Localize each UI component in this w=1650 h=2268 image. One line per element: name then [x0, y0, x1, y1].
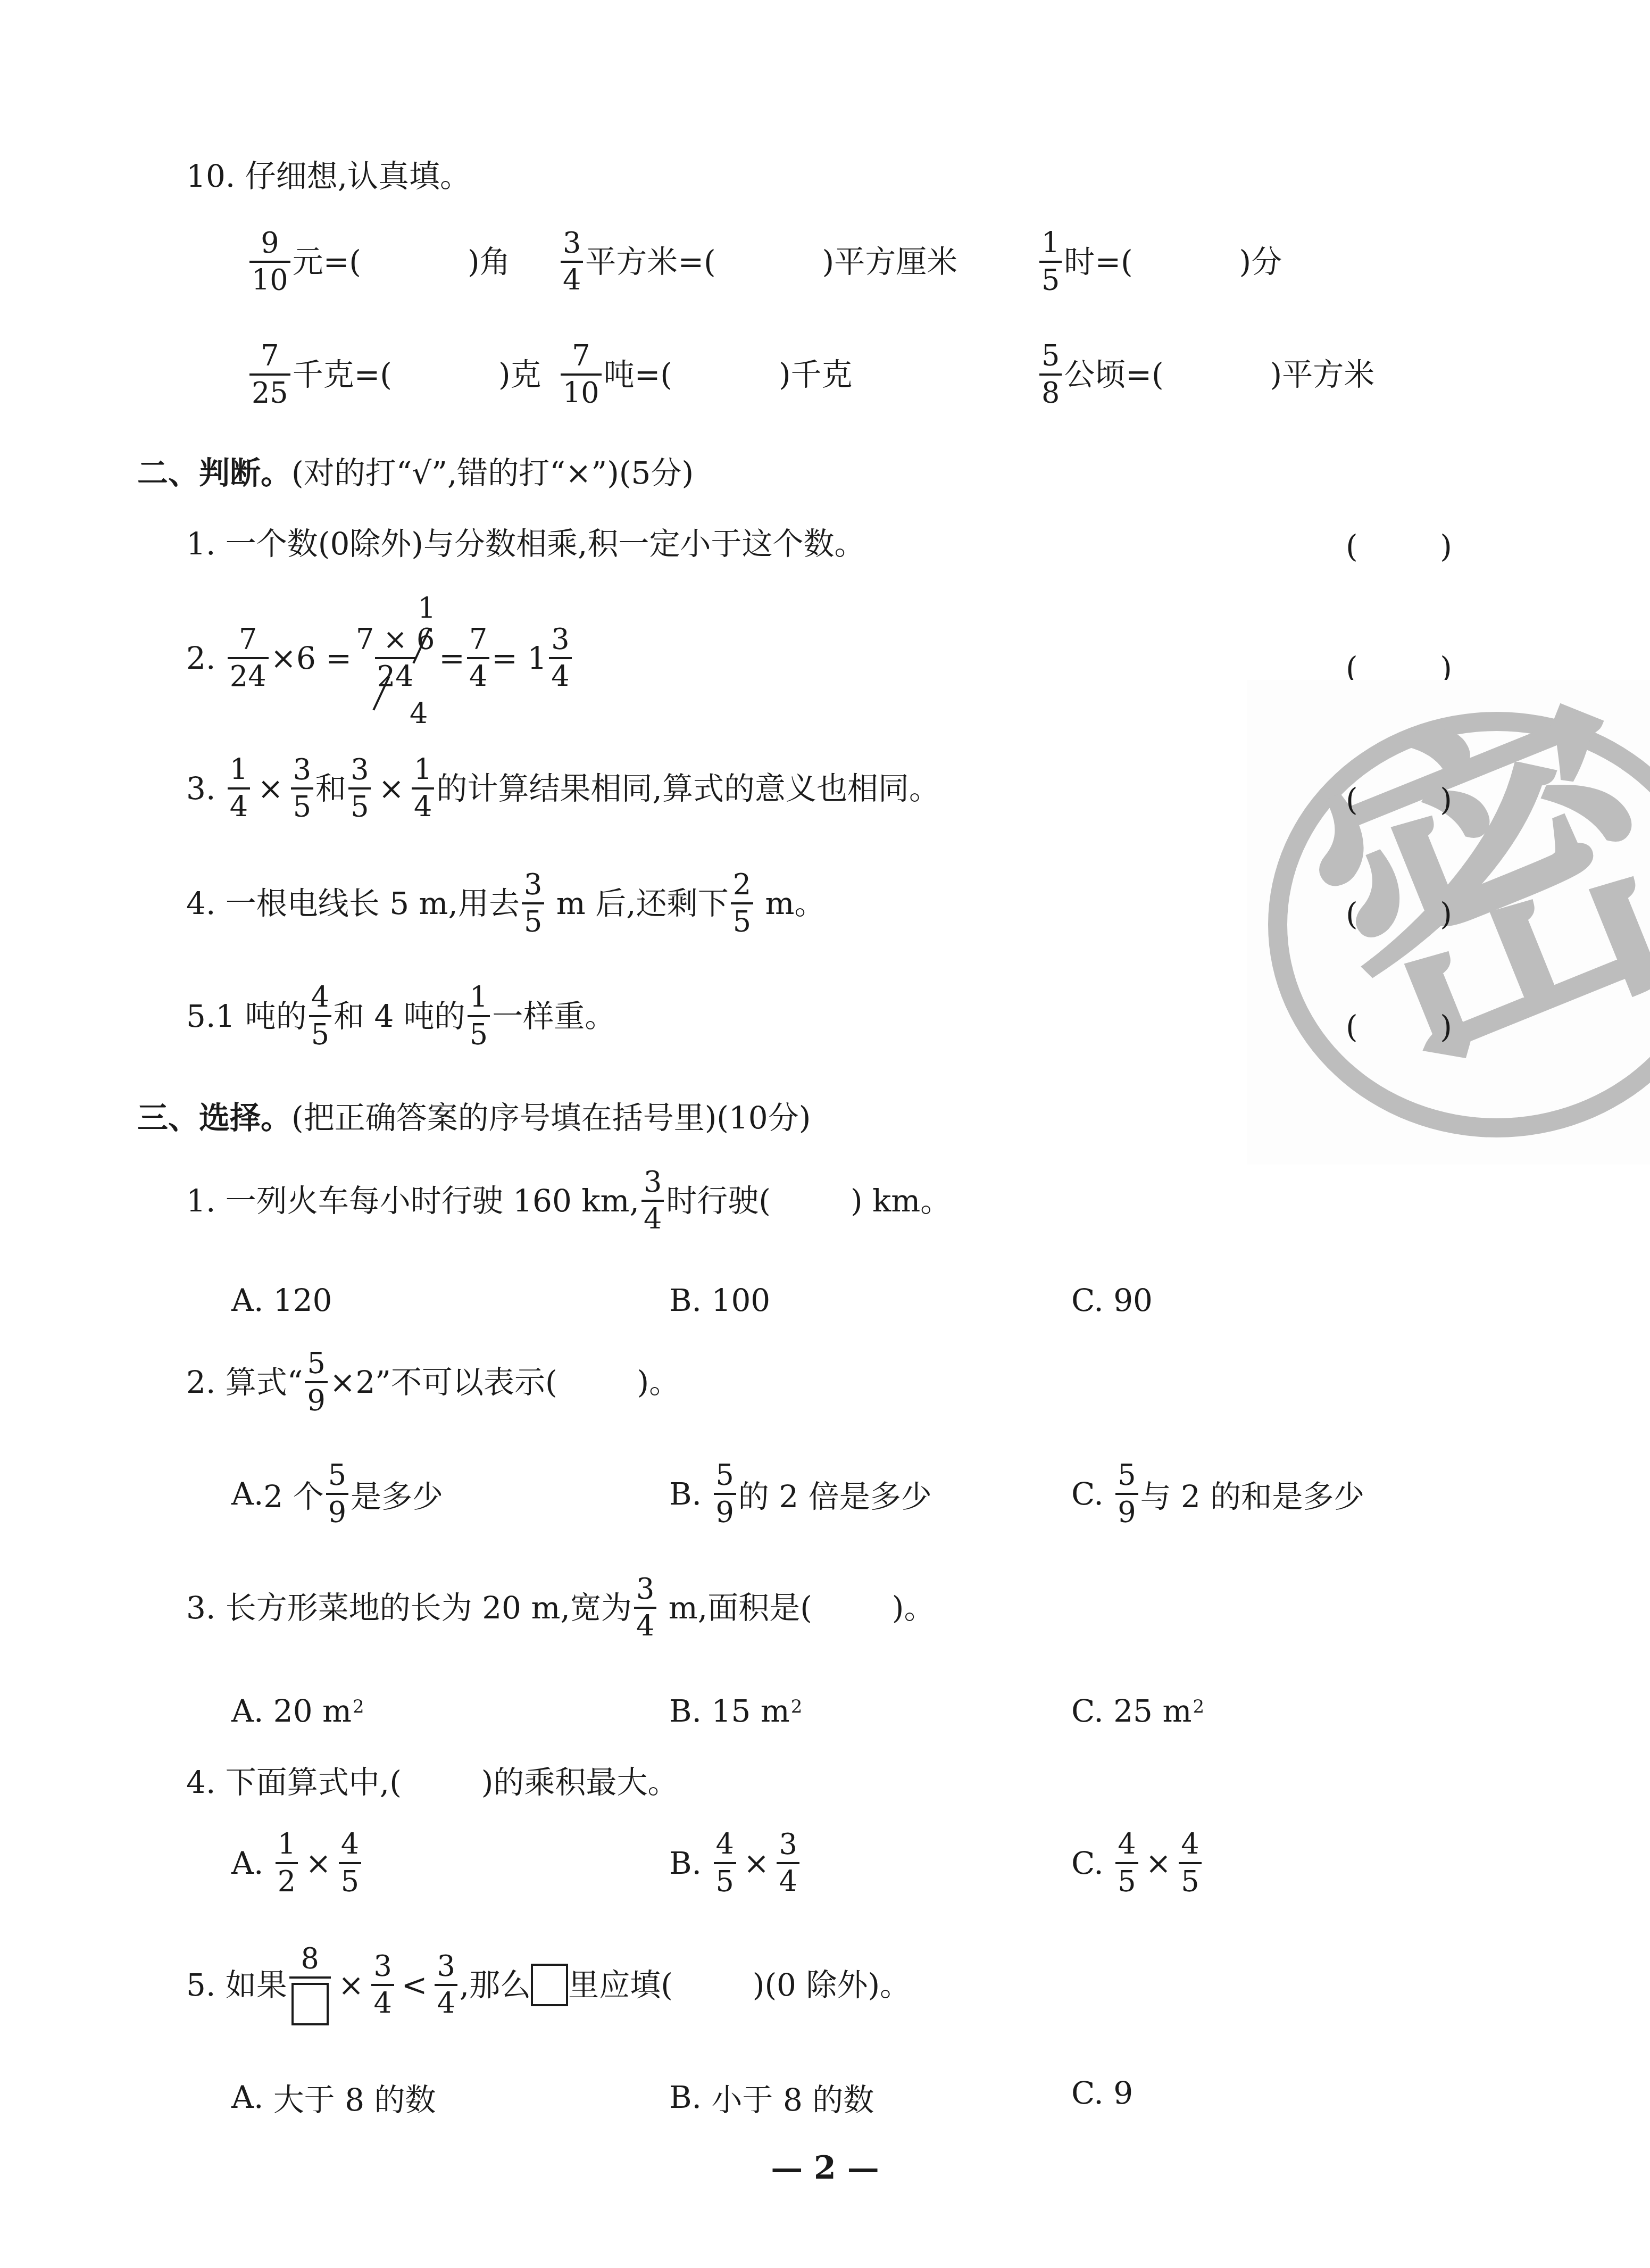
judge-answer-3[interactable]: ()	[1346, 782, 1452, 818]
fraction: 59	[326, 1461, 348, 1527]
fraction: 35	[348, 755, 371, 821]
judge-item-3: 3. 14 × 35 和 35 × 14 的计算结果相同,算式的意义也相同。	[186, 755, 940, 821]
choice-item-2: 2. 算式“ 59 ×2”不可以表示()。	[186, 1349, 680, 1415]
q10-row1-item3: 15 时=( )分	[1037, 229, 1282, 295]
choice-4-option-c[interactable]: C. 45 × 45	[1071, 1830, 1204, 1896]
judge-item-2: 2. 724 ×6 = 7 × 624 = 74 = 1 34	[186, 625, 574, 691]
choice-3-option-a[interactable]: A. 20 m2	[231, 1693, 364, 1729]
choice-item-3: 3. 长方形菜地的长为 20 m,宽为 34 m,面积是()。	[186, 1575, 935, 1641]
judge-answer-5[interactable]: ()	[1346, 1009, 1452, 1045]
fraction: 34	[371, 1952, 394, 2018]
judge-item-4: 4. 一根电线长 5 m,用去 35 m 后,还剩下 25 m。	[186, 870, 825, 936]
q10-title-text: 10. 仔细想,认真填。	[186, 161, 471, 192]
fraction: 45	[714, 1830, 736, 1896]
section-title: 三、选择。	[137, 1102, 291, 1133]
fraction: 25	[731, 870, 753, 936]
page-number: — 2 —	[0, 2149, 1650, 2187]
fraction: 15	[1039, 229, 1062, 295]
fraction: 724	[228, 625, 269, 691]
fraction: 910	[249, 229, 290, 295]
judge-item-5: 5.1 吨的 45 和 4 吨的 15 一样重。	[186, 983, 615, 1049]
fraction: 14	[412, 755, 434, 821]
choice-item-4: 4. 下面算式中,()的乘积最大。	[186, 1767, 679, 1798]
fraction: 35	[291, 755, 313, 821]
fraction: 14	[228, 755, 250, 821]
choice-4-option-b[interactable]: B. 45 × 34	[669, 1830, 802, 1896]
section-title: 二、判断。	[137, 458, 291, 488]
blank-box-icon	[531, 1964, 568, 2006]
judge-item-1: 1. 一个数(0除外)与分数相乘,积一定小于这个数。	[186, 528, 865, 559]
fraction: 45	[1179, 1830, 1201, 1896]
fraction: 34	[777, 1830, 799, 1896]
q10-row1-item2: 34 平方米=( )平方厘米	[559, 229, 957, 295]
choice-5-option-b[interactable]: B. 小于 8 的数	[669, 2075, 874, 2120]
q10-row2-item2: 710 吨=( )千克	[559, 342, 853, 408]
cancel-bottom-number: 4	[410, 697, 428, 730]
fraction: 45	[309, 983, 331, 1049]
judge-answer-1[interactable]: ()	[1346, 528, 1452, 564]
choice-3-option-b[interactable]: B. 15 m2	[669, 1693, 802, 1729]
q10-row2-item1: 725 千克=( )克	[247, 342, 541, 408]
section-note: (对的打“√”,错的打“×”)(5分)	[291, 458, 694, 488]
section-judge-header: 二、判断。(对的打“√”,错的打“×”)(5分)	[137, 458, 694, 488]
cancel-top-number: 1	[418, 592, 436, 625]
fraction: 59	[714, 1461, 736, 1527]
choice-2-option-c[interactable]: C. 59 与 2 的和是多少	[1071, 1461, 1364, 1527]
choice-5-option-a[interactable]: A. 大于 8 的数	[231, 2075, 436, 2120]
choice-2-option-b[interactable]: B. 59 的 2 倍是多少	[669, 1461, 932, 1527]
fraction: 74	[467, 625, 489, 691]
choice-1-option-c[interactable]: C. 90	[1071, 1282, 1153, 1318]
fraction: 35	[522, 870, 544, 936]
fraction: 710	[561, 342, 602, 408]
blank-box-icon	[291, 1983, 329, 2025]
fraction: 725	[249, 342, 290, 408]
fraction: 12	[276, 1830, 298, 1896]
section-note: (把正确答案的序号填在括号里)(10分)	[291, 1102, 811, 1133]
fraction-cancelled: 7 × 624	[354, 625, 437, 691]
section-choice-header: 三、选择。(把正确答案的序号填在括号里)(10分)	[137, 1102, 811, 1133]
choice-4-option-a[interactable]: A. 12 × 45	[231, 1830, 363, 1896]
choice-3-option-c[interactable]: C. 25 m2	[1071, 1693, 1204, 1729]
choice-1-option-b[interactable]: B. 100	[669, 1282, 770, 1318]
fraction: 34	[549, 625, 571, 691]
choice-5-option-c[interactable]: C. 9	[1071, 2075, 1133, 2111]
fraction: 58	[1039, 342, 1062, 408]
fraction: 34	[561, 229, 583, 295]
choice-1-option-a[interactable]: A. 120	[231, 1282, 332, 1318]
q10-row2-item3: 58 公顷=( )平方米	[1037, 342, 1374, 408]
choice-2-option-a[interactable]: A.2 个 59 是多少	[231, 1461, 443, 1527]
fraction: 34	[634, 1575, 656, 1641]
fraction: 15	[468, 983, 490, 1049]
fraction: 34	[435, 1952, 457, 2018]
q10-title: 10. 仔细想,认真填。	[186, 161, 471, 192]
fraction: 59	[305, 1349, 327, 1415]
choice-item-5: 5. 如果 8 × 34 < 34 ,那么里应填()(0 除外)。	[186, 1945, 911, 2025]
fraction: 45	[1115, 1830, 1138, 1896]
fraction-with-box: 8	[289, 1945, 331, 2025]
fraction: 59	[1115, 1461, 1138, 1527]
choice-item-1: 1. 一列火车每小时行驶 160 km, 34 时行驶() km。	[186, 1168, 951, 1234]
fraction: 34	[641, 1168, 664, 1234]
judge-answer-4[interactable]: ()	[1346, 896, 1452, 932]
q10-row1-item1: 910 元=( )角	[247, 229, 511, 295]
fraction: 45	[339, 1830, 361, 1896]
